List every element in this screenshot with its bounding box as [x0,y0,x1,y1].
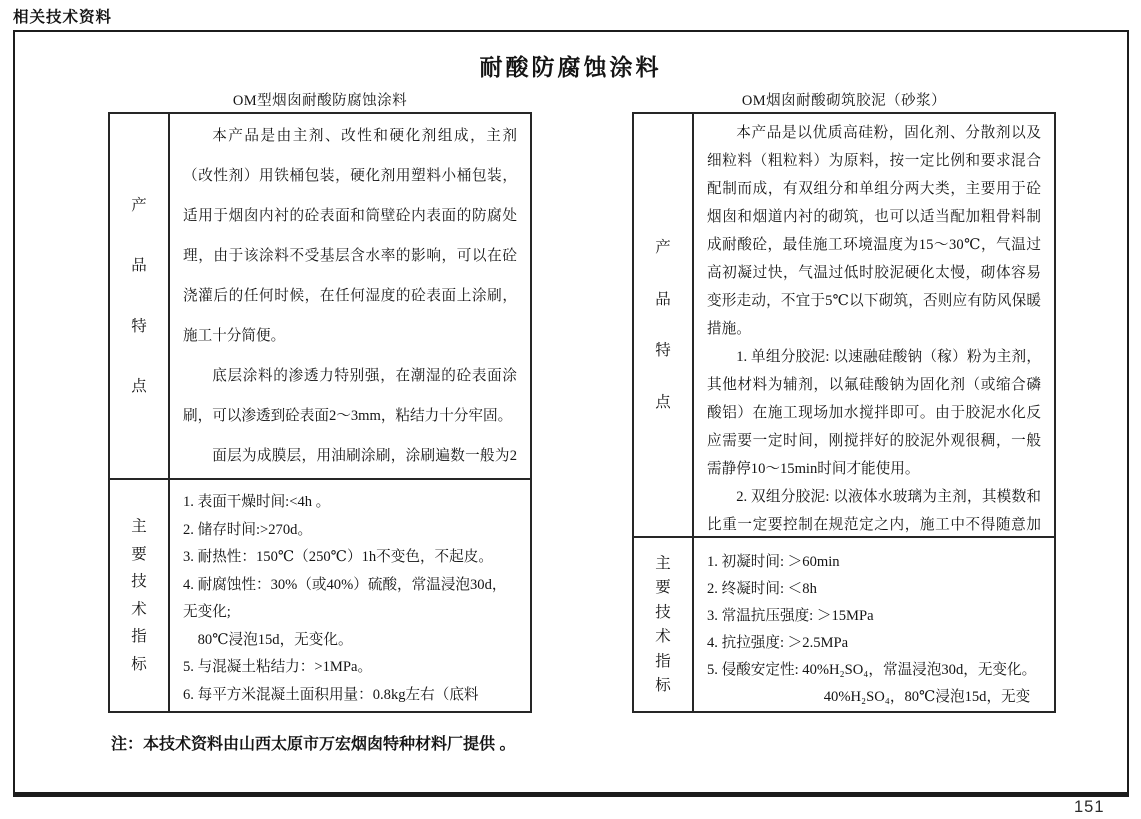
label-char: 点 [655,395,671,411]
label-char: 点 [131,379,147,395]
text-line: 本产品是由主剂、改性和硬化剂组成，主剂（改性剂）用铁桶包装，硬化剂用塑料小桶包装… [183,116,517,356]
left-table-heading: OM型烟囱耐酸防腐蚀涂料 [108,89,532,110]
label-char: 产 [655,240,671,256]
text-line: 3. 耐热性：150℃（250℃）1h不变色，不起皮。 [183,544,517,572]
left-product-table: 产品特点 本产品是由主剂、改性和硬化剂组成，主剂（改性剂）用铁桶包装，硬化剂用塑… [108,112,532,713]
text-line: 4. 抗拉强度: ＞2.5MPa [707,630,1041,657]
text-line: 5. 与混凝土粘结力：>1MPa。 [183,654,517,682]
right-table-heading: OM烟囱耐酸砌筑胶泥（砂浆） [632,89,1056,110]
text-line: 4. 耐腐蚀性：30%（或40%）硫酸，常温浸泡30d，无变化; 80℃浸泡15… [183,572,517,655]
label-char: 主 [655,556,671,572]
label-char: 术 [131,602,147,618]
text-line: 2. 终凝时间: ＜8h [707,576,1041,603]
text-line: 本产品是以优质高硅粉，固化剂、分散剂以及细粒料（粗粒料）为原料，按一定比例和要求… [707,119,1041,343]
text-line: 6. 每平方米混凝土面积用量：0.8kg左右（底料0.2kg）刷 一遍;（面料0… [183,682,517,712]
label-char: 要 [655,580,671,596]
text-line: 1. 单组分胶泥: 以速融硅酸钠（稼）粉为主剂，其他材料为辅剂，以氟硅酸钠为固化… [707,343,1041,483]
text-line: 面层为成膜层，用油刷涂刷，涂刷遍数一般为2～4遍，由设计院选定，每层涂料间施工间… [183,436,517,480]
text-line: 1. 初凝时间: ＞60min [707,549,1041,576]
text-line: 底层涂料的渗透力特别强，在潮湿的砼表面涂刷，可以渗透到砼表面2～3mm，粘结力十… [183,356,517,436]
label-char: 标 [131,657,147,673]
label-char: 品 [655,292,671,308]
label-char: 术 [655,629,671,645]
label-char: 标 [655,678,671,694]
label-char: 技 [131,574,147,590]
left-feature-content: 本产品是由主剂、改性和硬化剂组成，主剂（改性剂）用铁桶包装，硬化剂用塑料小桶包装… [170,114,530,480]
left-spec-label: 主要技术指标 [110,480,170,711]
text-line: 5. 侵酸安定性: 40%H₂SO₄，常温浸泡30d，无变化。 40%H₂SO₄… [707,657,1041,711]
label-char: 要 [131,547,147,563]
label-char: 技 [655,605,671,621]
right-spec-content: 1. 初凝时间: ＞60min2. 终凝时间: ＜8h3. 常温抗压强度: ＞1… [694,538,1054,711]
source-note: 注：本技术资料由山西太原市万宏烟囱特种材料厂提供 。 [111,731,515,754]
page-title: 耐酸防腐蚀涂料 [0,49,1141,82]
label-char: 特 [655,343,671,359]
right-spec-label: 主要技术指标 [634,538,694,711]
label-char: 特 [131,319,147,335]
label-char: 品 [131,258,147,274]
right-product-table: 产品特点 本产品是以优质高硅粉，固化剂、分散剂以及细粒料（粗粒料）为原料，按一定… [632,112,1056,713]
corner-label: 相关技术资料 [13,5,112,27]
document-page: 相关技术资料 耐酸防腐蚀涂料 OM型烟囱耐酸防腐蚀涂料 OM烟囱耐酸砌筑胶泥（砂… [0,0,1141,819]
label-char: 指 [655,654,671,670]
left-spec-content: 1. 表面干燥时间:<4h 。2. 储存时间:>270d。3. 耐热性：150℃… [170,480,530,711]
label-char: 主 [131,519,147,535]
label-char: 产 [131,198,147,214]
text-line: 2. 双组分胶泥: 以液体水玻璃为主剂，其模数和比重一定要控制在规范定之内，施工… [707,483,1041,538]
label-char: 指 [131,629,147,645]
page-number: 151 [1074,798,1105,817]
text-line: 1. 表面干燥时间:<4h 。 [183,489,517,517]
text-line: 3. 常温抗压强度: ＞15MPa [707,603,1041,630]
right-feature-content: 本产品是以优质高硅粉，固化剂、分散剂以及细粒料（粗粒料）为原料，按一定比例和要求… [694,114,1054,538]
right-feature-label: 产品特点 [634,114,694,538]
text-line: 2. 储存时间:>270d。 [183,517,517,545]
left-feature-label: 产品特点 [110,114,170,480]
